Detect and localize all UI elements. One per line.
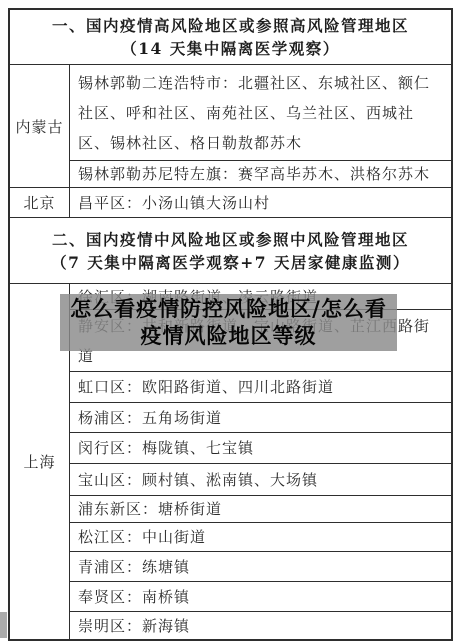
table-row: 浦东新区：塘桥街道 — [70, 495, 451, 522]
table-row: 虹口区：欧阳路街道、四川北路街道 — [70, 371, 451, 402]
table-row: 昌平区：小汤山镇大汤山村 — [70, 188, 451, 217]
watermark-overlay: 怎么看疫情防控风险地区/怎么看 疫情风险地区等级 — [60, 294, 397, 351]
left-edge-overlay-fragment — [0, 612, 7, 638]
table-row: 松江区：中山街道 — [70, 522, 451, 551]
section-1-subtitle: （14 天集中隔离医学观察） — [121, 37, 339, 60]
table-row: 锡林郭勒苏尼特左旗：赛罕高毕苏木、洪格尔苏木 — [70, 160, 451, 187]
province-label-beijing: 北京 — [10, 188, 70, 217]
watermark-text-line2: 疫情风险地区等级 — [141, 323, 317, 350]
watermark-text-line1: 怎么看疫情防控风险地区/怎么看 — [70, 296, 387, 323]
table-row: 杨浦区：五角场街道 — [70, 402, 451, 432]
section-2-header: 二、国内疫情中风险地区或参照中风险管理地区 （7 天集中隔离医学观察+7 天居家… — [10, 217, 451, 283]
group-beijing-cells: 昌平区：小汤山镇大汤山村 — [70, 188, 451, 217]
table-row: 闵行区：梅陇镇、七宝镇 — [70, 432, 451, 463]
table-row: 锡林郭勒二连浩特市：北疆社区、东城社区、额仁社区、呼和社区、南苑社区、乌兰社区、… — [70, 65, 451, 160]
group-neimenggu: 内蒙古 锡林郭勒二连浩特市：北疆社区、东城社区、额仁社区、呼和社区、南苑社区、乌… — [10, 64, 451, 187]
section-2-subtitle: （7 天集中隔离医学观察+7 天居家健康监测） — [51, 251, 410, 274]
province-label-neimenggu: 内蒙古 — [10, 65, 70, 187]
section-2-title: 二、国内疫情中风险地区或参照中风险管理地区 — [52, 228, 409, 251]
table-row: 青浦区：练塘镇 — [70, 551, 451, 581]
group-beijing: 北京 昌平区：小汤山镇大汤山村 — [10, 187, 451, 217]
table-row: 奉贤区：南桥镇 — [70, 581, 451, 611]
table-row: 宝山区：顾村镇、淞南镇、大场镇 — [70, 463, 451, 495]
section-1-header: 一、国内疫情高风险地区或参照高风险管理地区 （14 天集中隔离医学观察） — [10, 10, 451, 64]
table-row: 崇明区：新海镇 — [70, 611, 451, 639]
group-neimenggu-cells: 锡林郭勒二连浩特市：北疆社区、东城社区、额仁社区、呼和社区、南苑社区、乌兰社区、… — [70, 65, 451, 187]
section-1-title: 一、国内疫情高风险地区或参照高风险管理地区 — [52, 14, 409, 37]
